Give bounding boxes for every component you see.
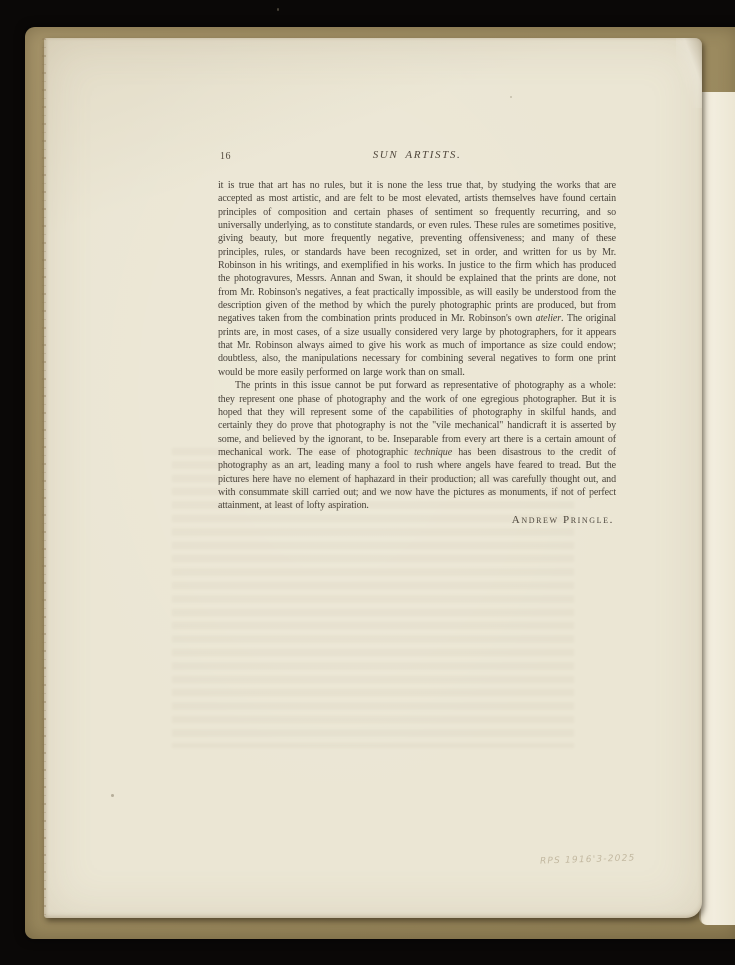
page-header: 16 SUN ARTISTS. [218, 146, 616, 168]
paper-speck [277, 8, 279, 11]
paper-speck [510, 96, 512, 98]
paragraph: it is true that art has no rules, but it… [218, 179, 616, 379]
page-number: 16 [220, 151, 231, 162]
paragraph: The prints in this issue cannot be put f… [218, 379, 616, 512]
paper-speck [111, 794, 114, 797]
paragraphs: it is true that art has no rules, but it… [218, 179, 616, 513]
running-title: SUN ARTISTS. [218, 146, 616, 161]
page-corner-curl [676, 38, 702, 108]
deckle-edge [42, 38, 46, 918]
next-page-edge [699, 92, 735, 925]
book-page: 16 SUN ARTISTS. it is true that art has … [44, 38, 702, 918]
author-signature: Andrew Pringle. [218, 514, 616, 526]
page-content: 16 SUN ARTISTS. it is true that art has … [218, 146, 616, 526]
book-photograph: 16 SUN ARTISTS. it is true that art has … [0, 0, 735, 965]
